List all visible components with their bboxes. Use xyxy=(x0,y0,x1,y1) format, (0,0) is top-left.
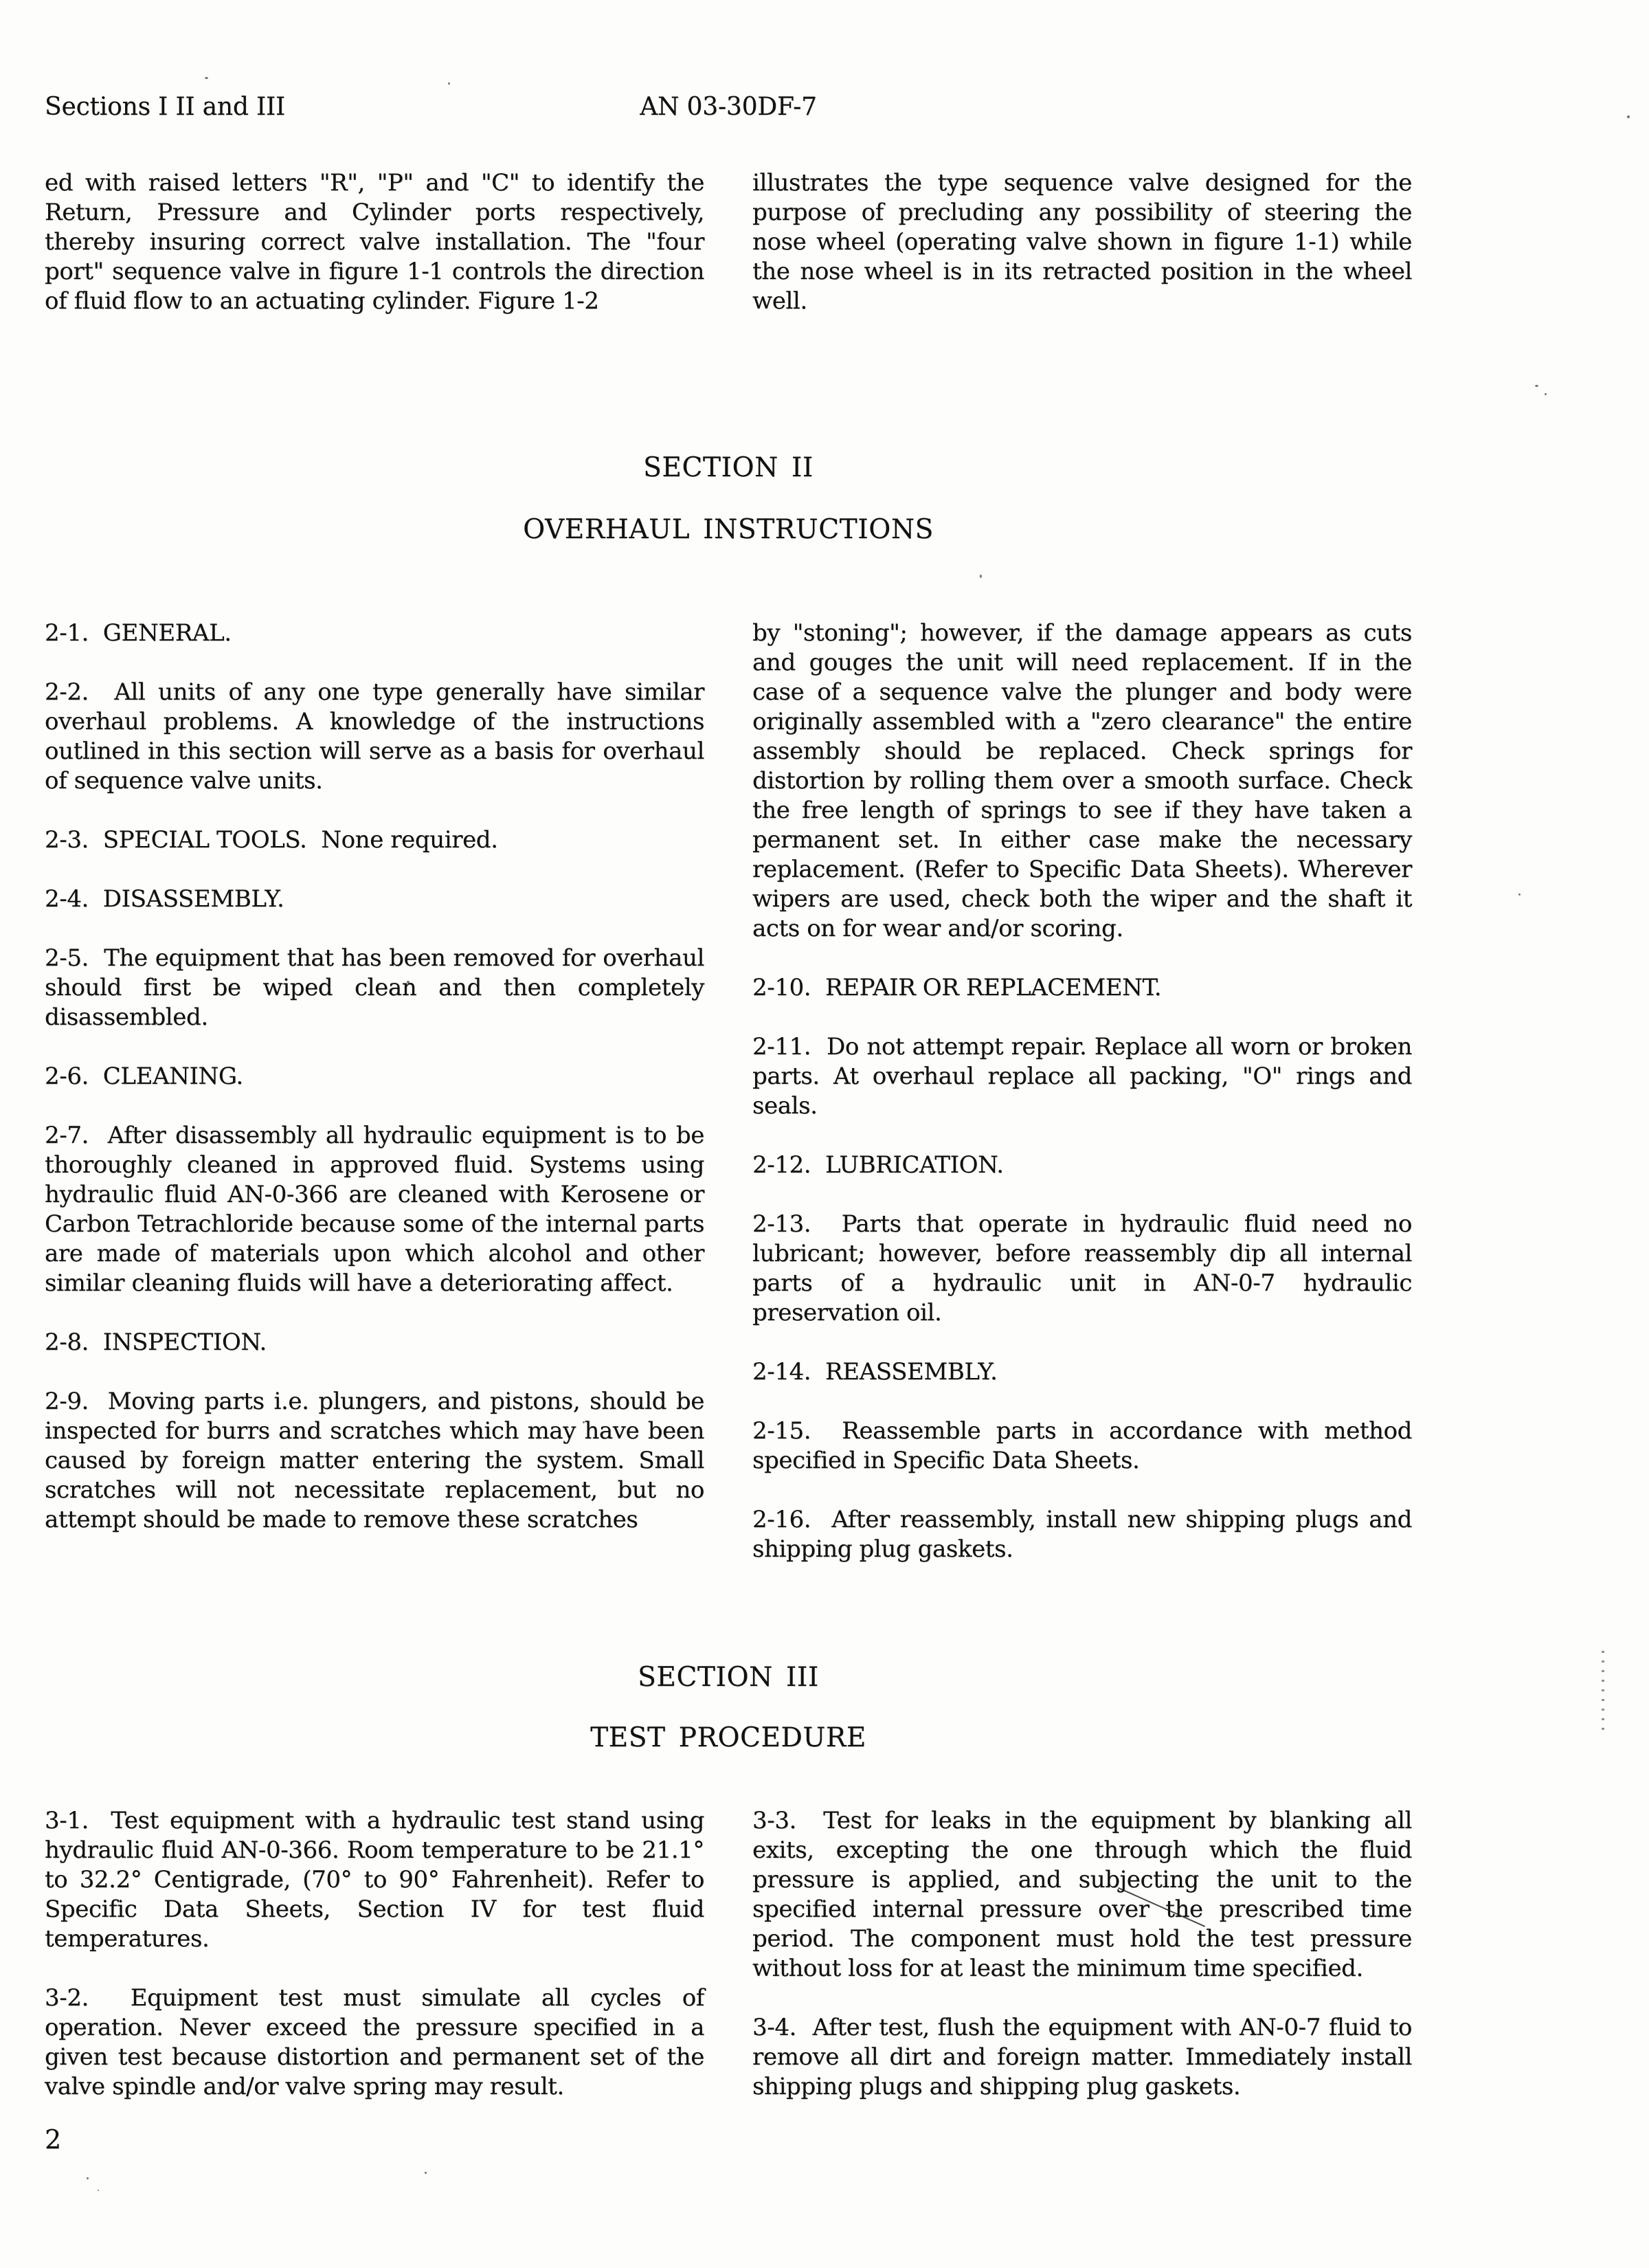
para-2-10: 2-10. REPAIR OR REPLACEMENT. xyxy=(752,973,1412,1003)
section2-title: SECTION II xyxy=(45,452,1412,484)
section2-right-column: by "stoning"; however, if the damage app… xyxy=(752,619,1412,1564)
para-2-9: 2-9. Moving parts i.e. plungers, and pis… xyxy=(45,1387,704,1535)
intro-continuation-right: illustrates the type sequence valve desi… xyxy=(752,168,1412,316)
scan-dotted-line xyxy=(1602,1651,1604,1735)
section3-right-column: 3-3. Test for leaks in the equipment by … xyxy=(752,1806,1412,2102)
para-3-1: 3-1. Test equipment with a hydraulic tes… xyxy=(45,1806,704,1954)
para-2-3: 2-3. SPECIAL TOOLS. None required. xyxy=(45,825,704,855)
section2-left-column: 2-1. GENERAL. 2-2. All units of any one … xyxy=(45,619,704,1535)
scan-speck xyxy=(1545,393,1547,395)
page-number: 2 xyxy=(45,2125,61,2155)
scan-speck xyxy=(407,981,410,983)
para-2-13: 2-13. Parts that operate in hydraulic fl… xyxy=(752,1210,1412,1328)
header-document-number: AN 03-30DF-7 xyxy=(45,92,1412,122)
scan-speck xyxy=(1518,893,1521,896)
para-2-8: 2-8. INSPECTION. xyxy=(45,1328,704,1357)
para-3-4: 3-4. After test, flush the equipment wit… xyxy=(752,2013,1412,2102)
scan-speck xyxy=(205,77,208,79)
scan-speck xyxy=(425,2172,427,2174)
section2-subtitle: OVERHAUL INSTRUCTIONS xyxy=(45,514,1412,546)
para-2-16: 2-16. After reassembly, install new ship… xyxy=(752,1505,1412,1564)
intro-continuation-left: ed with raised letters "R", "P" and "C" … xyxy=(45,168,704,316)
scan-speck xyxy=(1627,115,1630,118)
scan-speck xyxy=(98,2190,99,2191)
para-2-6: 2-6. CLEANING. xyxy=(45,1062,704,1091)
para-2-15: 2-15. Reassemble parts in accordance wit… xyxy=(752,1416,1412,1476)
scan-speck xyxy=(448,82,450,85)
scan-speck xyxy=(583,1421,585,1423)
section3-title: SECTION III xyxy=(45,1662,1412,1693)
para-2-12: 2-12. LUBRICATION. xyxy=(752,1150,1412,1180)
section3-subtitle: TEST PROCEDURE xyxy=(45,1722,1412,1754)
section3-left-column: 3-1. Test equipment with a hydraulic tes… xyxy=(45,1806,704,2102)
scan-speck xyxy=(980,575,982,578)
para-2-4: 2-4. DISASSEMBLY. xyxy=(45,885,704,914)
para-2-9-continuation: by "stoning"; however, if the damage app… xyxy=(752,619,1412,944)
para-2-1: 2-1. GENERAL. xyxy=(45,619,704,648)
scan-speck xyxy=(87,2177,89,2179)
para-2-2: 2-2. All units of any one type generally… xyxy=(45,678,704,796)
para-2-5: 2-5. The equipment that has been removed… xyxy=(45,944,704,1032)
para-3-3: 3-3. Test for leaks in the equipment by … xyxy=(752,1806,1412,1983)
para-2-14: 2-14. REASSEMBLY. xyxy=(752,1357,1412,1387)
manual-page: Sections I II and III AN 03-30DF-7 ed wi… xyxy=(0,0,1649,2268)
para-2-7: 2-7. After disassembly all hydraulic equ… xyxy=(45,1121,704,1298)
para-2-11: 2-11. Do not attempt repair. Replace all… xyxy=(752,1032,1412,1121)
scan-speck xyxy=(1535,385,1538,387)
para-3-2: 3-2. Equipment test must simulate all cy… xyxy=(45,1983,704,2102)
